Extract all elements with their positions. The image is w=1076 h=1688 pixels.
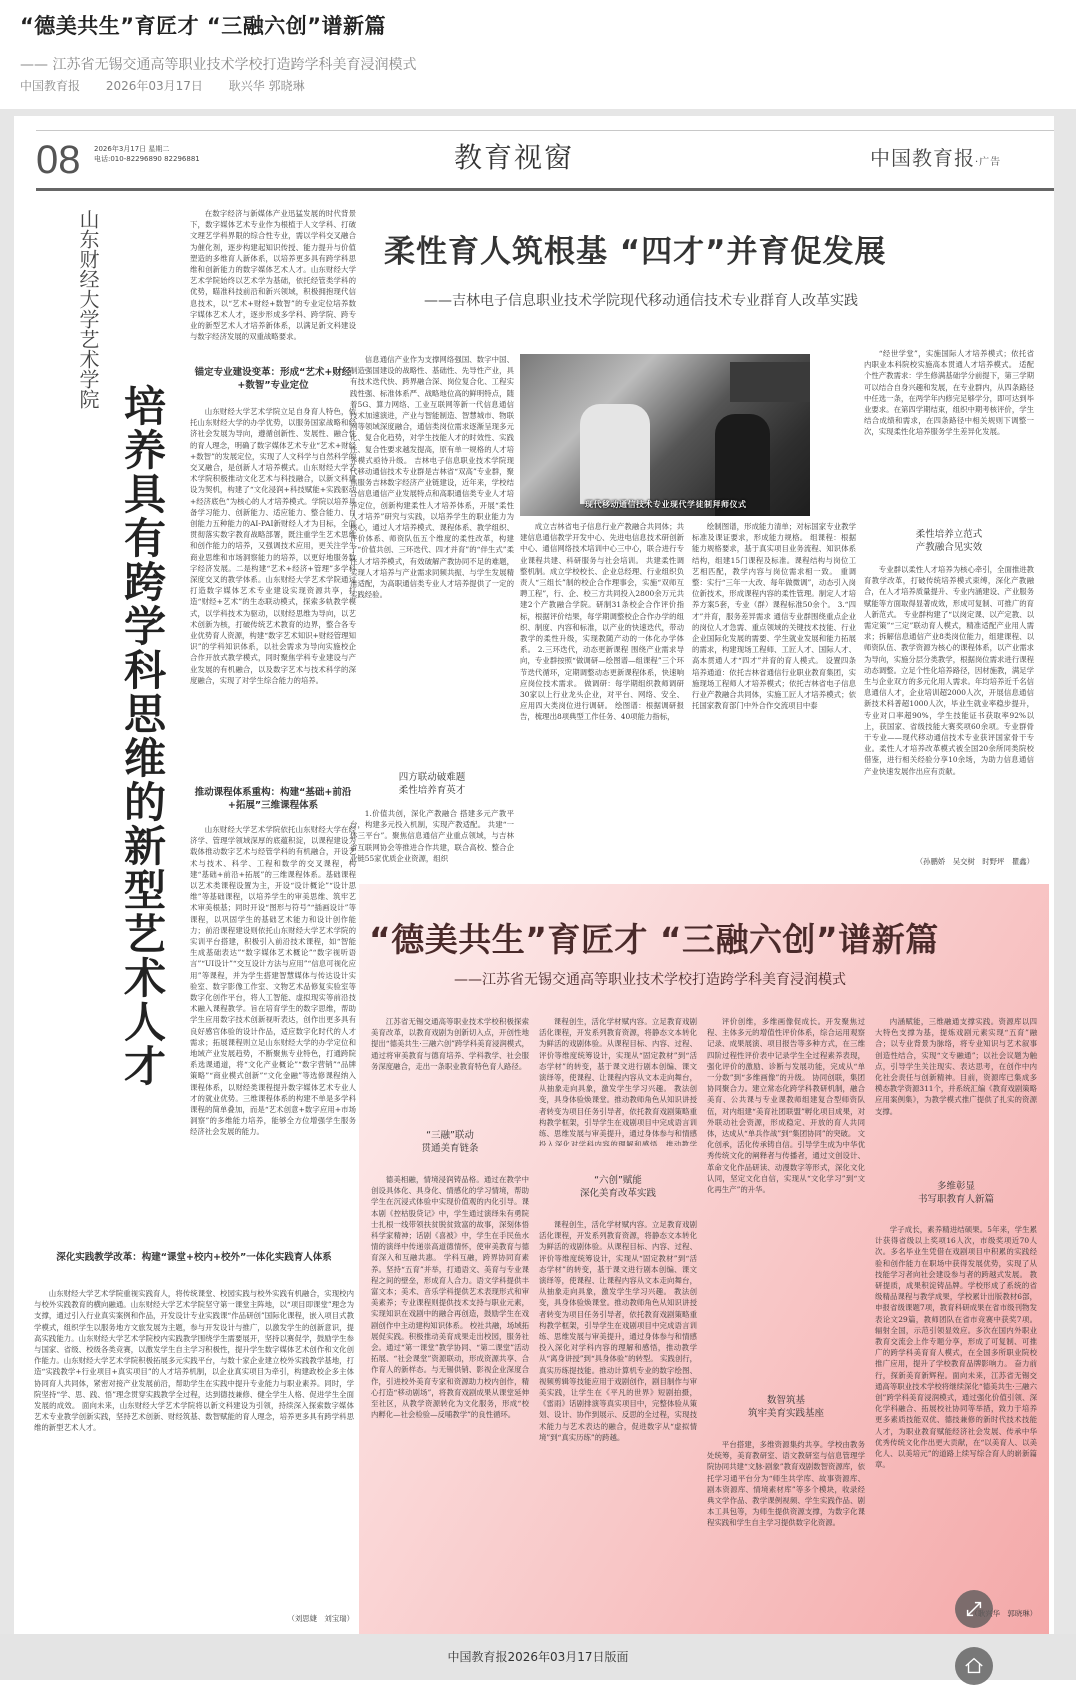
footer-label: 中国教育报2026年03月17日版面 xyxy=(0,1648,1076,1665)
story3-col3b: 平台搭建，多维资源集约共享。学校由教务处统筹，美育教研室、语文教研室与信息管理学… xyxy=(707,1439,865,1619)
story3-col1: 江苏省无锡交通高等职业技术学校积极探索美育改革，以教育戏剧为创新切入点，开创性地… xyxy=(371,1016,529,1111)
story3-subheadline: ——江苏省无锡交通高等职业技术学校打造跨学科美育浸润模式 xyxy=(454,969,846,989)
masthead-top-rule xyxy=(36,130,1054,131)
page-date: 2026年3月17日 星期二 xyxy=(94,144,200,154)
masthead-bottom-rule xyxy=(36,188,1054,191)
paper-brand: 中国教育报 xyxy=(870,146,975,170)
section-title: 教育视窗 xyxy=(454,136,574,176)
expand-button[interactable] xyxy=(955,1590,993,1628)
story3-subhead-2: “六创”赋能 深化美育改革实践 xyxy=(539,1174,697,1200)
newspaper-page[interactable]: 08 2026年3月17日 星期二 电话:010-82296890 822968… xyxy=(14,116,1054,1636)
article-title: “德美共生”育匠才 “三融六创”谱新篇 xyxy=(20,12,1076,40)
story2-subhead-4: 柔性培养立范式 产教融合见实效 xyxy=(864,528,1034,554)
story1-heading-1: 锚定专业建设变革：形成“艺术+财经+数智”专业定位 xyxy=(190,366,356,392)
page-number: 08 xyxy=(36,136,81,184)
story2-col2: 成立吉林省电子信息行业产教融合共同体；共建信息通信教学开发中心、先进电信息技术研… xyxy=(520,521,684,871)
photo-student xyxy=(580,404,650,504)
story2-col4: “经世学堂”，实施国际人才培养模式；依托省内职业本科院校实施高本贯通人才培养模式… xyxy=(864,348,1034,516)
story1-body-1: 山东财经大学艺术学院立足自身育人特色，依托山东财经大学的办学优势，以服务国家战略… xyxy=(190,406,356,771)
story2-subhead-1: 四方联动破难题 柔性培养育英才 xyxy=(350,771,514,797)
article-source: 中国教育报 xyxy=(20,79,80,93)
story1-body-3: 山东财经大学艺术学院重视实践育人，将传统课堂、校园实践与校外实践有机融合，实现校… xyxy=(34,1288,354,1608)
page-date-block: 2026年3月17日 星期二 电话:010-82296890 82296881 xyxy=(94,144,200,164)
home-button[interactable] xyxy=(955,1647,993,1685)
story2-col1: 信息通信产业作为支撑网络强国、数字中国、制造强国建设的战略性、基础性、先导性产业… xyxy=(350,354,514,762)
paper-brand-logo: 中国教育报·广告 xyxy=(870,142,1001,171)
story2-col3: 绘制图谱，形成能力清单；对标国家专业教学标准及课证要求，形成能力规格。 组课程：… xyxy=(692,521,856,871)
story2-byline: （孙鹏娇 吴交树 时野坪 瞿鑫） xyxy=(864,856,1034,868)
story1-intro: 在数字经济与新媒体产业迅猛发展的时代背景下，数字媒体艺术专业作为根植于人文学科、… xyxy=(190,208,356,358)
newspaper-viewer: 08 2026年3月17日 星期二 电话:010-82296890 822968… xyxy=(0,109,1076,1652)
article-authors: 耿兴华 郭晓琳 xyxy=(229,79,305,93)
story2-photo: 现代移动通信技术专业现代学徒制拜师仪式 xyxy=(520,354,810,516)
story1-heading-2: 推动课程体系重构：构建“基础+前沿+拓展”三维课程体系 xyxy=(190,786,356,812)
story3-subhead-1: “三融”联动 贯通美育链条 xyxy=(371,1129,529,1155)
photo-banner xyxy=(730,362,810,402)
article-subtitle: —— 江苏省无锡交通高等职业技术学校打造跨学科美育浸润模式 xyxy=(20,56,1076,74)
home-icon xyxy=(963,1655,985,1677)
story3-subhead-3: 数智筑基 筑牢美育实践基座 xyxy=(707,1394,865,1420)
story2-photo-caption: 现代移动通信技术专业现代学徒制拜师仪式 xyxy=(585,499,747,510)
story1-byline: （刘思婕 刘宝瑞） xyxy=(254,1613,354,1625)
page-phone: 电话:010-82296890 82296881 xyxy=(94,154,200,164)
story3-box: “德美共生”育匠才 “三融六创”谱新篇 ——江苏省无锡交通高等职业技术学校打造跨… xyxy=(359,884,1049,1634)
story3-col4: 内涵赋能，三维融通支撑实践。资源库以四大特色支撑为基，提炼戏剧元素实现“五育”融… xyxy=(875,1016,1037,1166)
article-date: 2026年03月17日 xyxy=(106,79,203,93)
story3-subhead-4: 多维彰显 书写职教育人新篇 xyxy=(875,1180,1037,1206)
expand-icon xyxy=(963,1598,985,1620)
story3-headline: “德美共生”育匠才 “三融六创”谱新篇 xyxy=(369,914,939,961)
paper-brand-suffix: ·广告 xyxy=(975,157,1001,168)
story3-col2-top: 课程创生，活化学材赋内容。立足教育戏剧活化课程，开发系列教育资源，将静态文本转化… xyxy=(539,1016,697,1146)
story2-col1b: 1.价值共创，深化产教融合 搭建多元产教平台，构建多元投入机制，实现产教适配。 … xyxy=(350,808,514,873)
story1-heading-3: 深化实践教学改革：构建“课堂+校内+校外”一体化实践育人体系 xyxy=(34,1251,354,1264)
story1-headline: 培养具有跨学科思维的新型艺术人才 xyxy=(112,384,172,1088)
story3-col1b: 德美相融，情境浸润铸品格。通过在教学中创设具体化、具身化、情感化的学习情境，帮助… xyxy=(371,1174,529,1619)
article-header: “德美共生”育匠才 “三融六创”谱新篇 —— 江苏省无锡交通高等职业技术学校打造… xyxy=(0,0,1076,100)
story1-school: 山东财经大学艺术学院 xyxy=(74,209,103,409)
story2-subheadline: ——吉林电子信息职业技术学院现代移动通信技术专业群育人改革实践 xyxy=(424,290,858,310)
story3-col3: 评价创维，多维画像促成长。开发聚焦过程、主体多元的增值性评价体系，综合运用观察记… xyxy=(707,1016,865,1371)
story2-col4b: 专业群以柔性人才培养为核心牵引，全面推进教育教学改革，打破传统培养模式束缚，深化… xyxy=(864,564,1034,854)
story1-body-2: 山东财经大学艺术学院依托山东财经大学在经济学、管理学领域深厚的底蕴积淀，以课程建… xyxy=(190,824,356,1234)
story2-headline: 柔性育人筑根基 “四才”并育促发展 xyxy=(384,226,887,271)
article-meta: 中国教育报 2026年03月17日 耿兴华 郭晓琳 xyxy=(20,78,1076,94)
story3-col2: 课程创生，活化学材赋内容。立足教育戏剧活化课程，开发系列教育资源，将静态文本转化… xyxy=(539,1219,697,1619)
story3-col4b: 学子成长，素养精进结硕果。5年来，学生累计获得省级以上奖项16人次，市级奖项近7… xyxy=(875,1224,1037,1606)
